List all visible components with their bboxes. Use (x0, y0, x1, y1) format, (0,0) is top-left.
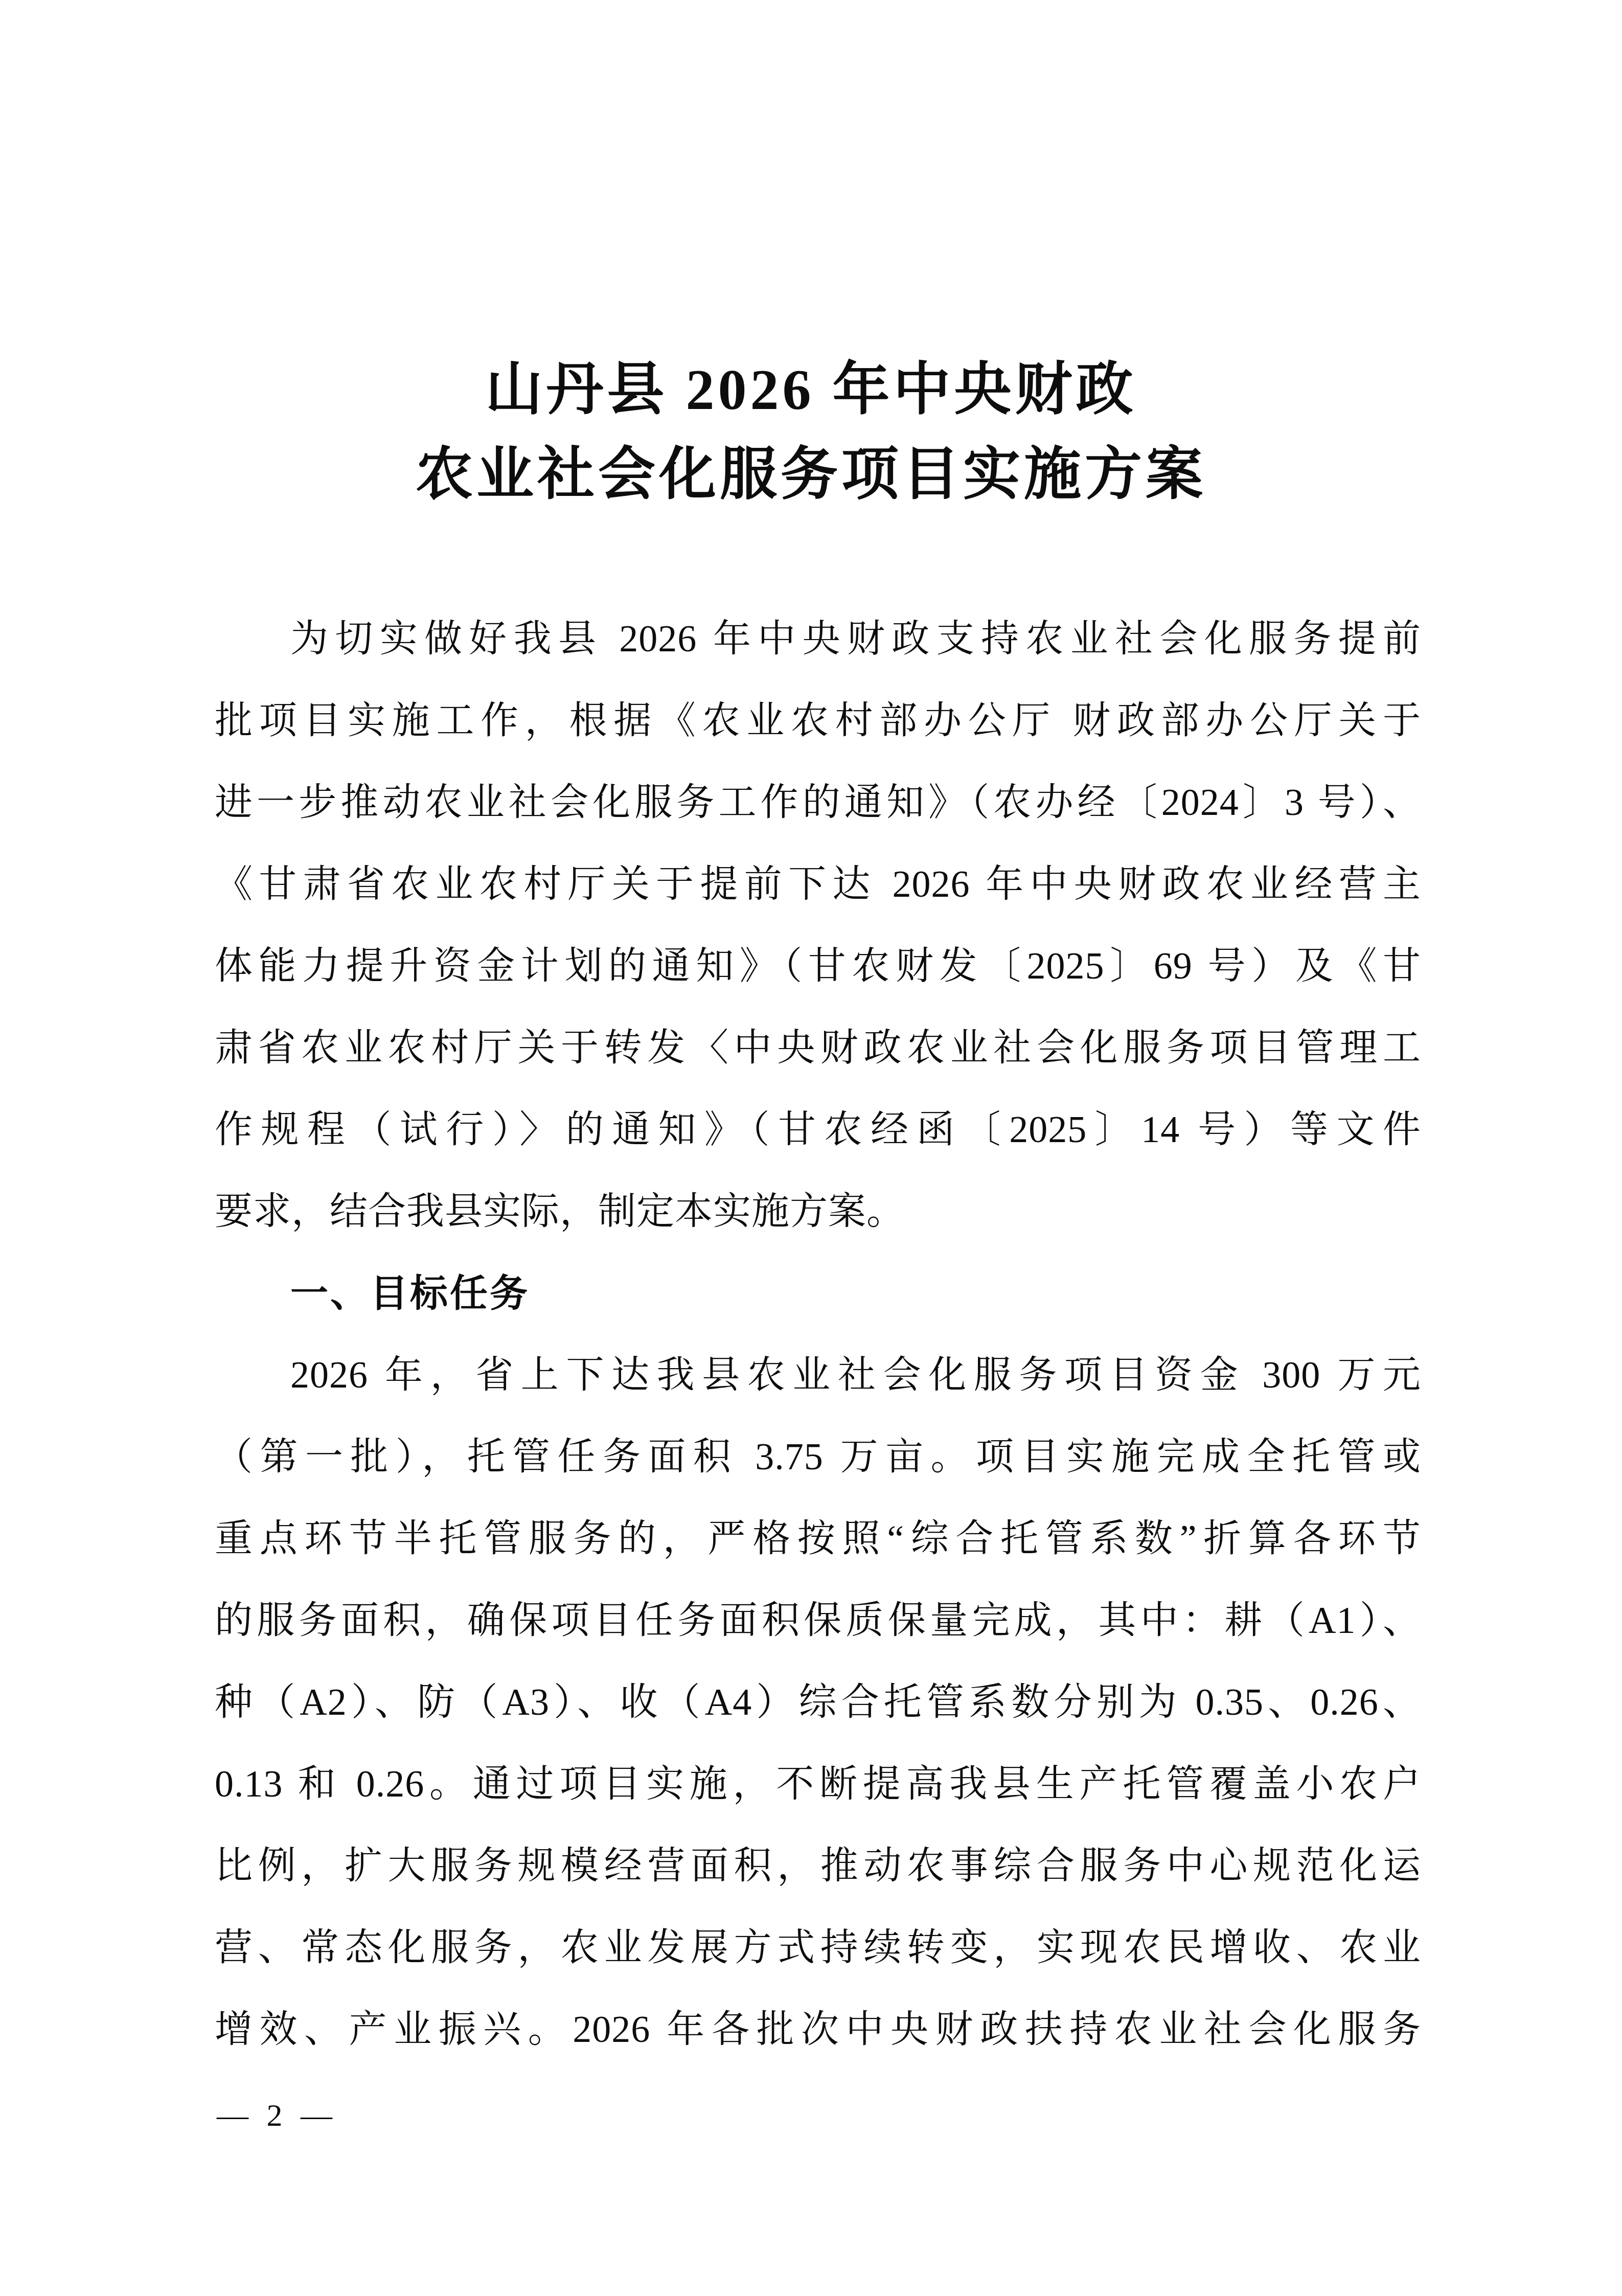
body-line-2: 批项目实施工作，根据《农业农村部办公厅 财政部办公厅关于 (215, 680, 1421, 762)
body-line-7: 作规程（试行）〉的通知》（甘农经函〔2025〕14 号）等文件 (215, 1089, 1421, 1171)
body-line-14: 种（A2）、防（A3）、收（A4）综合托管系数分别为 0.35、0.26、 (215, 1662, 1421, 1743)
body-line-10: 2026 年，省上下达我县农业社会化服务项目资金 300 万元 (215, 1334, 1421, 1416)
section-heading-goal-tasks: 一、目标任务 (215, 1253, 1421, 1334)
body-line-17: 营、常态化服务，农业发展方式持续转变，实现农民增收、农业 (215, 1907, 1421, 1989)
title-line-1: 山丹县 2026 年中央财政 (0, 348, 1622, 433)
document-body: 为切实做好我县 2026 年中央财政支持农业社会化服务提前 批项目实施工作，根据… (215, 598, 1421, 2071)
body-line-6: 肃省农业农村厅关于转发〈中央财政农业社会化服务项目管理工 (215, 1007, 1421, 1089)
document-title: 山丹县 2026 年中央财政 农业社会化服务项目实施方案 (0, 348, 1622, 517)
body-line-5: 体能力提升资金计划的通知》（甘农财发〔2025〕69 号）及《甘 (215, 925, 1421, 1007)
title-line-2: 农业社会化服务项目实施方案 (0, 433, 1622, 517)
body-line-1: 为切实做好我县 2026 年中央财政支持农业社会化服务提前 (215, 598, 1421, 680)
body-line-8: 要求，结合我县实际，制定本实施方案。 (215, 1171, 1421, 1253)
document-page: 山丹县 2026 年中央财政 农业社会化服务项目实施方案 为切实做好我县 202… (0, 0, 1622, 2296)
body-line-16: 比例，扩大服务规模经营面积，推动农事综合服务中心规范化运 (215, 1825, 1421, 1907)
body-line-12: 重点环节半托管服务的，严格按照“综合托管系数”折算各环节 (215, 1498, 1421, 1580)
body-line-3: 进一步推动农业社会化服务工作的通知》（农办经〔2024〕3 号）、 (215, 762, 1421, 844)
body-line-11: （第一批），托管任务面积 3.75 万亩。项目实施完成全托管或 (215, 1416, 1421, 1498)
page-number: — 2 — (217, 2090, 337, 2141)
body-line-13: 的服务面积，确保项目任务面积保质保量完成，其中：耕（A1）、 (215, 1580, 1421, 1662)
body-line-4: 《甘肃省农业农村厅关于提前下达 2026 年中央财政农业经营主 (215, 844, 1421, 925)
body-line-18: 增效、产业振兴。2026 年各批次中央财政扶持农业社会化服务 (215, 1989, 1421, 2071)
body-line-15: 0.13 和 0.26。通过项目实施，不断提高我县生产托管覆盖小农户 (215, 1743, 1421, 1825)
